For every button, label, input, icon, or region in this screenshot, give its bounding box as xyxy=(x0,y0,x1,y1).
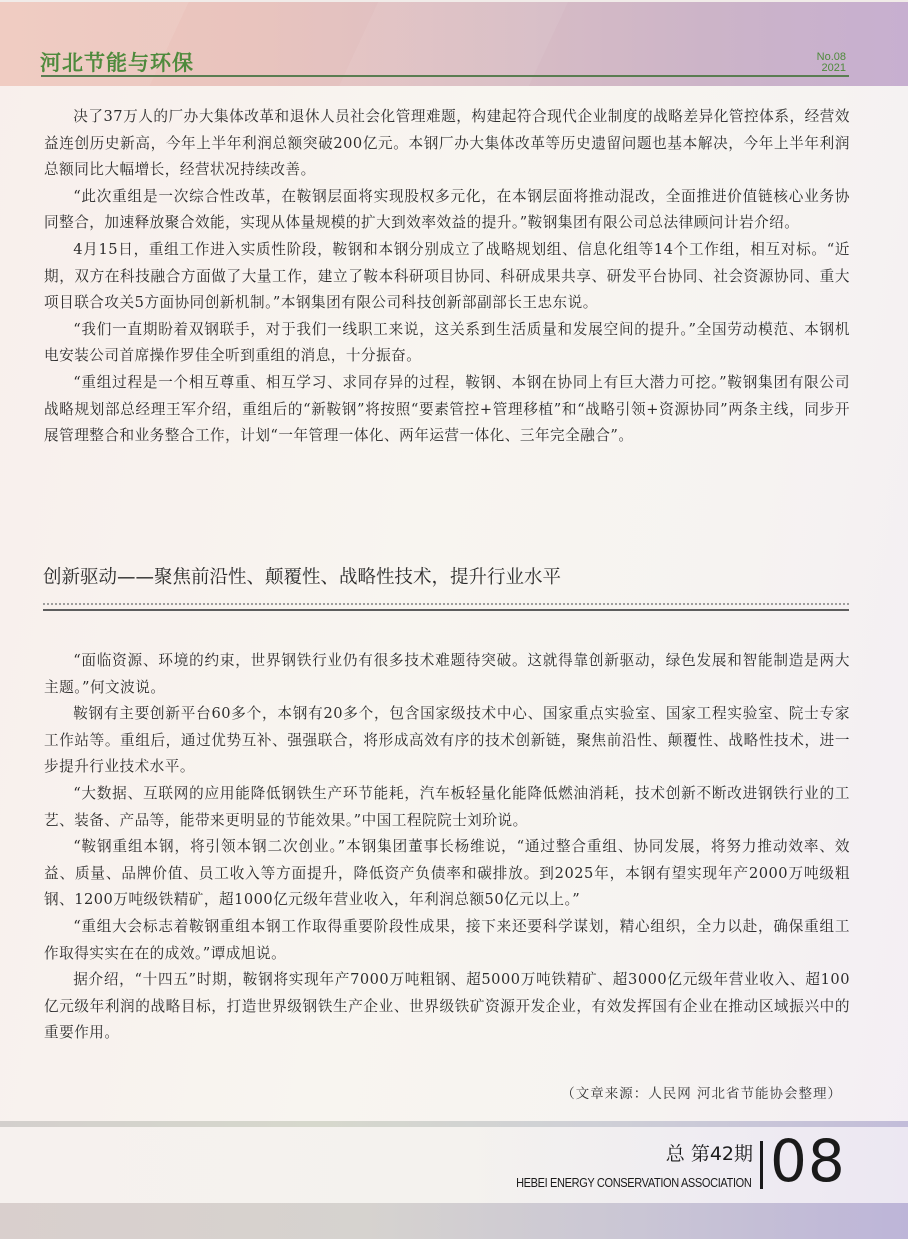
paragraph: “我们一直期盼着双钢联手，对于我们一线职工来说，这关系到生活质量和发展空间的提升… xyxy=(44,317,850,370)
paragraph: 据介绍，“十四五”时期，鞍钢将实现年产7000万吨粗钢、超5000万吨铁精矿、超… xyxy=(44,967,850,1047)
page-number: 08 xyxy=(770,1128,846,1194)
article-body-part2: “面临资源、环境的约束，世界钢铁行业仍有很多技术难题待突破。这就得靠创新驱动，绿… xyxy=(44,648,850,1047)
paragraph: “此次重组是一次综合性改革，在鞍钢层面将实现股权多元化，在本钢层面将推动混改，全… xyxy=(44,184,850,237)
article-body-part1: 决了37万人的厂办大集体改革和退休人员社会化管理难题，构建起符合现代企业制度的战… xyxy=(44,104,850,450)
paragraph: “大数据、互联网的应用能降低钢铁生产环节能耗，汽车板轻量化能降低燃油消耗，技术创… xyxy=(44,781,850,834)
paragraph: 决了37万人的厂办大集体改革和退休人员社会化管理难题，构建起符合现代企业制度的战… xyxy=(44,104,850,184)
paragraph: “鞍钢重组本钢，将引领本钢二次创业。”本钢集团董事长杨维说，“通过整合重组、协同… xyxy=(44,834,850,914)
paragraph: 鞍钢有主要创新平台60多个，本钢有20多个，包含国家级技术中心、国家重点实验室、… xyxy=(44,701,850,781)
issue-number: No.08 2021 xyxy=(817,52,846,74)
section-dotted-rule xyxy=(43,603,849,605)
section-solid-rule xyxy=(43,609,849,611)
header-top-strip xyxy=(0,0,908,2)
footer-bottom-band xyxy=(0,1203,908,1239)
footer-association-name: HEBEI ENERGY CONSERVATION ASSOCIATION xyxy=(516,1176,751,1190)
footer-divider xyxy=(760,1141,763,1189)
source-note: （文章来源：人民网 河北省节能协会整理） xyxy=(561,1082,842,1102)
section-heading: 创新驱动——聚焦前沿性、颠覆性、战略性技术，提升行业水平 xyxy=(43,563,561,589)
issue-year-label: 2021 xyxy=(817,63,846,74)
footer-issue-total: 总 第42期 xyxy=(666,1139,753,1166)
paragraph: “面临资源、环境的约束，世界钢铁行业仍有很多技术难题待突破。这就得靠创新驱动，绿… xyxy=(44,648,850,701)
paragraph: 4月15日，重组工作进入实质性阶段，鞍钢和本钢分别成立了战略规划组、信息化组等1… xyxy=(44,237,850,317)
paragraph: “重组大会标志着鞍钢重组本钢工作取得重要阶段性成果，接下来还要科学谋划，精心组织… xyxy=(44,914,850,967)
header-rule xyxy=(41,75,849,77)
paragraph: “重组过程是一个相互尊重、相互学习、求同存异的过程，鞍钢、本钢在协同上有巨大潜力… xyxy=(44,370,850,450)
magazine-title: 河北节能与环保 xyxy=(40,51,194,75)
